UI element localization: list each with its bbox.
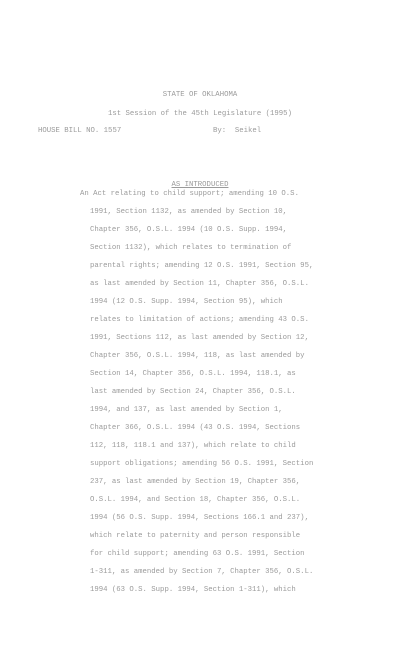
title-line: 1991, Sections 112, as last amended by S… — [90, 334, 309, 343]
title-line: 1991, Section 1132, as amended by Sectio… — [90, 208, 287, 217]
title-line: 1994 (12 O.S. Supp. 1994, Section 95), w… — [90, 298, 283, 307]
title-line: Section 14, Chapter 356, O.S.L. 1994, 11… — [90, 370, 296, 379]
title-line: O.S.L. 1994, and Section 18, Chapter 356… — [90, 496, 300, 505]
title-line: last amended by Section 24, Chapter 356,… — [90, 388, 296, 397]
title-line: relates to limitation of actions; amendi… — [90, 316, 309, 325]
title-line: for child support; amending 63 O.S. 1991… — [90, 550, 305, 559]
title-line: 1994 (56 O.S. Supp. 1994, Sections 166.1… — [90, 514, 309, 523]
title-line: Chapter 356, O.S.L. 1994 (10 O.S. Supp. … — [90, 226, 287, 235]
title-line: 1-311, as amended by Section 7, Chapter … — [90, 568, 313, 577]
title-line: as last amended by Section 11, Chapter 3… — [90, 280, 309, 289]
title-line: 237, as last amended by Section 19, Chap… — [90, 478, 300, 487]
status-label: AS INTRODUCED — [0, 181, 400, 190]
bill-author: By: Seikel — [213, 127, 261, 136]
title-line: parental rights; amending 12 O.S. 1991, … — [90, 262, 313, 271]
title-line: Chapter 366, O.S.L. 1994 (43 O.S. 1994, … — [90, 424, 300, 433]
title-line: Section 1132), which relates to terminat… — [90, 244, 291, 253]
session-heading: 1st Session of the 45th Legislature (199… — [0, 110, 400, 119]
title-line: An Act relating to child support; amendi… — [80, 190, 299, 199]
title-line: 112, 118, 118.1 and 137), which relate t… — [90, 442, 296, 451]
title-line: Chapter 356, O.S.L. 1994, 118, as last a… — [90, 352, 305, 361]
title-line: support obligations; amending 56 O.S. 19… — [90, 460, 313, 469]
title-line: which relate to paternity and person res… — [90, 532, 300, 541]
state-heading: STATE OF OKLAHOMA — [0, 91, 400, 100]
title-line: 1994, and 137, as last amended by Sectio… — [90, 406, 283, 415]
title-line: 1994 (63 O.S. Supp. 1994, Section 1-311)… — [90, 586, 296, 595]
bill-number: HOUSE BILL NO. 1557 — [38, 127, 121, 136]
